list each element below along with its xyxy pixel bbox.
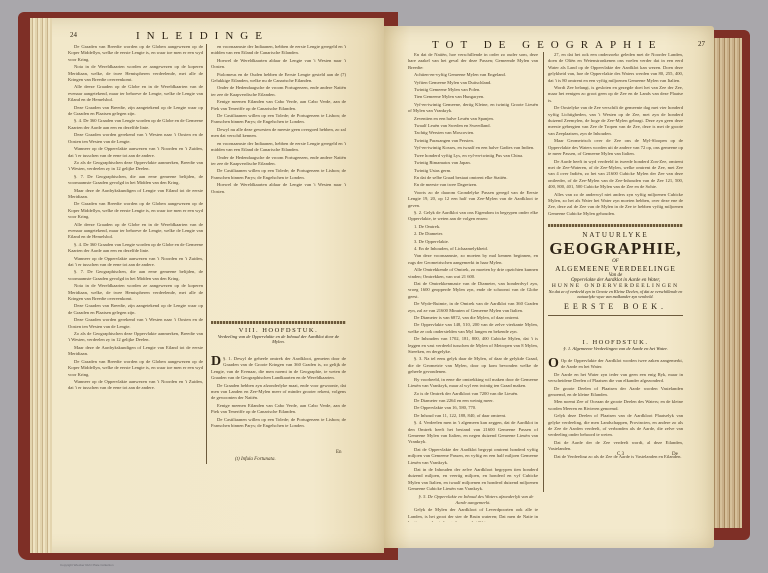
book-label: EERSTE BOEK. [548, 302, 683, 311]
list-item: En dat de selbe Graad bestaat omtrent el… [408, 175, 538, 181]
list-item: Twintig Rimamatos van Japan. [408, 160, 538, 166]
paragraph: Wordt Zee belangt, is gesloten en gezegd… [548, 85, 683, 104]
list-item: Twee honderd vyftig Lys, en vyf-en-twint… [408, 153, 538, 159]
paragraph: Maar deze de Aardrykskundigen of Lengte … [68, 188, 203, 201]
list-item: 2. De Diameter. [408, 231, 538, 237]
paragraph: Onder de Hedendaagsche de vroom Portugee… [211, 85, 346, 98]
paragraph: en voornaamste der Indiaanen, hebben de … [211, 141, 346, 154]
right-page-column-1: En dat de Natiën, hoe verschillende in o… [408, 52, 538, 522]
right-signature-mark: C 3 [617, 452, 624, 457]
paragraph: §. 4. Verdeelen men in 't algemeen kan z… [408, 420, 538, 446]
left-page-column-1: De Graaden van Breedte worden op de Glob… [68, 44, 203, 514]
paragraph: Eenige meenen Eilanden van Cabo Verde, a… [211, 99, 346, 112]
decorative-rule [548, 224, 683, 227]
paragraph: Dewyl nu alle deze gewesten de meeste ge… [211, 127, 346, 140]
paragraph: Dat de Omtrekkenmaste van de Diameter, v… [408, 281, 538, 300]
paragraph: Alle Omtrekkende of Omtrek, zo moeten by… [408, 267, 538, 280]
right-running-head: TOT DE GEOGRAPHIE [432, 39, 662, 51]
divider [548, 315, 683, 316]
paragraph: Zo als de Geographischen deze Oppervlakt… [68, 160, 203, 173]
left-page-column-2: en voornaamste der Indiaanen, hebben de … [211, 44, 346, 284]
list-item: Achtien-en-vyftig Gemeene Mylen van Enge… [408, 72, 538, 78]
paragraph: De Diameter van 2264 en een weinig meer. [408, 398, 538, 404]
paragraph: §. 7. De Geographischen, die aan eene ge… [68, 269, 203, 282]
chapter-subtitle: §. 1. Algemeene Verdeelingen van de Aard… [548, 346, 683, 351]
paragraph: §. 7. De Geographischen, die aan eene ge… [68, 174, 203, 187]
paragraph: Deze Graaden van Breedte, zijn aangeteke… [68, 303, 203, 316]
paragraph: De Graaden van Breedte worden op de Glob… [68, 44, 203, 63]
paragraph: §. 4. De 360 Graaden van Lengte worden o… [68, 118, 203, 131]
paragraph: Van deze voornaamste, zo moeten by mal k… [408, 253, 538, 266]
paragraph: §. 1. Dewyl de geheele omtrek der Aardkl… [211, 356, 346, 382]
paragraph: Maar deze de Aardrykskundigen of Lengte … [68, 345, 203, 358]
paragraph: De Oppervlakte van 148, 510, 200 van de … [408, 322, 538, 335]
left-folio: 24 [70, 31, 77, 39]
paragraph: De Graaden van Breedte worden op de Glob… [68, 201, 203, 220]
paragraph: Hoewel de Wereldkaarten aldaar de Lengte… [211, 182, 346, 195]
image-caption: Copyright Wiecker Ruhr Plate Collection [60, 563, 114, 567]
paragraph: Dat de Oppervlakte der Aardklot begrypt … [408, 447, 538, 466]
right-folio: 27 [698, 40, 705, 48]
paragraph: De Diameter is van 6872, van die Mylen, … [408, 315, 538, 321]
chapter-heading: I. HOOFDSTUK. [548, 339, 683, 346]
paragraph: Alles van zo de anderwyl niet anders zyn… [548, 192, 683, 218]
list-item: Twaalf Leuën van Sweden en Sweedland. [408, 123, 538, 129]
title-block: NATUURLYKE GEOGRAPHIE, OF ALGEMEENE VERD… [548, 231, 683, 320]
paragraph: Onder de Hedendaagsche de vroom Portugee… [211, 155, 346, 168]
title-line-natuurlyke: NATUURLYKE [548, 231, 683, 239]
paragraph: Wanneer op de Oppervlakte aanwezen van '… [68, 256, 203, 269]
paragraph: Maar Geometrisch over de Zee ons de Myl-… [548, 138, 683, 157]
left-footnote: (t) Infula Fortunata. [235, 457, 276, 462]
paragraph: Op de Oppervlakte der Aardklot worden tw… [548, 358, 683, 371]
list-item: Twintig Ustas germ. [408, 168, 538, 174]
left-page-stack [30, 18, 52, 553]
paragraph: Zo als de Geographischen deze Oppervlakt… [68, 331, 203, 344]
list-item: Tachtig Wersten van Moscovien. [408, 130, 538, 136]
paragraph: Gelyk deze Deelen of Plaatsen van de Aar… [548, 413, 683, 439]
paragraph: Alle deeze Graaden op de Globe en in de … [68, 84, 203, 103]
paragraph: Alle deeze Graaden op de Globe en in de … [68, 222, 203, 241]
drop-cap: O [548, 358, 559, 370]
list-item: Vyf-en-twintig Gemeene, dertig Kleine, e… [408, 102, 538, 115]
list-item: 4. En de Inhouden, of Lichaamelykheid. [408, 246, 538, 252]
title-line-description: Na dat ze of verdeeld zyn in Groote en K… [548, 289, 683, 299]
paragraph: De Wyde-Ruimte, in de Omtrek van de Aard… [408, 301, 538, 314]
paragraph: 27, en dat het ook een onderzoekr gelede… [548, 52, 683, 84]
paragraph: §. 4. De 360 Graaden van Lengte worden o… [68, 242, 203, 255]
paragraph: De Oostelyke van de Zee verschilt de gem… [548, 105, 683, 137]
paragraph: Deze Graaden van Breedte, zijn aangeteke… [68, 105, 203, 118]
paragraph: De Graaden van Breedte worden op de Glob… [68, 359, 203, 378]
section-heading: §. 5. De Oppervlakte en Inhoud des Water… [408, 494, 538, 507]
paragraph: Dat de Verdeeling zo als de Zee de Aarde… [548, 454, 683, 458]
paragraph: De Castiliaanen willen op een Tolede; de… [211, 168, 346, 181]
column-divider [543, 52, 544, 492]
list-item: Zeventien en een halve Leuën van Spanjen… [408, 116, 538, 122]
paragraph: Wanneer op de Oppervlakte aanwezen van '… [68, 146, 203, 159]
list-item: 1. De Omtrek. [408, 224, 538, 230]
drop-cap: D [211, 356, 221, 368]
paragraph: De Aarde en het Water zyn ieder van geen… [548, 372, 683, 385]
title-line-geographie: GEOGRAPHIE, [548, 239, 683, 259]
paragraph: De Castiliaanen willen op een Tolede; de… [211, 417, 346, 430]
chapter-subtitle: Verdeeling van de Oppervlakte en de Inho… [211, 334, 346, 344]
paragraph: Deze Graaden worden gerekend van 't West… [68, 317, 203, 330]
left-catchword: En [336, 450, 342, 455]
paragraph: De Inhoud van 11, 122, 188, 840, of daar… [408, 413, 538, 419]
paragraph: Zo is de Omtrek der Aardkloot van 7200 v… [408, 391, 538, 397]
title-line-algemeene: ALGEMEENE VERDEELINGE [548, 264, 683, 273]
column-divider [206, 44, 207, 464]
list-item: Twintig Gemeene Mylen van Polen. [408, 87, 538, 93]
list-item: Tien Gemeene Mylen van Hungaryen. [408, 94, 538, 100]
paragraph: Hoewel de Wereldkaarten aldaar de Lengte… [211, 58, 346, 71]
paragraph: De Castiliaanen willen op een Tolede; de… [211, 113, 346, 126]
right-chapter-text: O Op de Oppervlakte der Aardklot worden … [548, 358, 683, 458]
paragraph: De Graaden hebben zyn afzonderlyke maat,… [211, 383, 346, 402]
paragraph: En dat de Natiën, hoe verschillende in o… [408, 52, 538, 71]
list-item: Vyf-en-twintig Kosses, en twaalf en een … [408, 145, 538, 151]
list-item: 3. De Oppervlakte. [408, 239, 538, 245]
paragraph: Eenige meenen Eilanden van Cabo Verde, a… [211, 403, 346, 416]
left-chapter-text: D §. 1. Dewyl de geheele omtrek der Aard… [211, 356, 346, 468]
chapter-heading: VIII. HOOFDSTUK. [211, 327, 346, 334]
paragraph: De Inhouden van 1702, 181, 800, 400 Cubi… [408, 336, 538, 355]
paragraph: De groote Deelen of Plaatsen der Aarde w… [548, 386, 683, 399]
paragraph: De Aarde heeft in wyd verdeeld in tweede… [548, 159, 683, 191]
paragraph: en voornaamste der Indiaanen, hebben de … [211, 44, 346, 57]
paragraph: Men noemt Zee of Oceaan de groote Deelen… [548, 399, 683, 412]
right-catchword: De [672, 452, 678, 457]
paragraph: §. 3. Na tel eens gelyk daar de Mylen, o… [408, 356, 538, 375]
paragraph: §. 2. Gelyk de Aardklot van ons Eigendom… [408, 210, 538, 223]
list-item: En de meeste van twee Dagreizen. [408, 182, 538, 188]
paragraph: Voorts zo de daarom Grondelyke Passen ge… [408, 190, 538, 209]
right-chapter-heading-block: I. HOOFDSTUK. §. 1. Algemeene Verdeeling… [548, 339, 683, 351]
paragraph: Wanneer op de Oppervlakte aanwezen van '… [68, 379, 203, 392]
paragraph: Ptolomeus en de Ouden hebben de Eerste L… [211, 72, 346, 85]
paragraph: Nota in de Wereldkaarten worden ze aange… [68, 283, 203, 302]
left-chapter-heading-block: VIII. HOOFDSTUK. Verdeeling van de Opper… [211, 321, 346, 344]
list-item: Twintig Parasangen van Persien. [408, 138, 538, 144]
left-running-head: INLEIDINGE [136, 30, 269, 42]
paragraph: Dat in de Inhouden der zelve Aardkloot b… [408, 467, 538, 493]
decorative-rule [211, 321, 346, 324]
page-fore-edge [712, 38, 742, 528]
paragraph: By voorbeeld, in eene die omtrekking wil… [408, 377, 538, 390]
paragraph: De Oppervlakte van 16, 580, 770. [408, 405, 538, 411]
paragraph: Nota in de Wereldkaarten worden ze aange… [68, 64, 203, 83]
list-item: Vyftien Gemeene Mylen van Duitschland. [408, 80, 538, 86]
paragraph: Dat de Aarde der de Zee verdeelt wordt, … [548, 440, 683, 453]
paragraph: Deze Graaden worden gerekend van 't West… [68, 132, 203, 145]
paragraph: Gelyk de Mylen der Aardkloot of Leverdpo… [408, 507, 538, 522]
right-page-column-2: 27, en dat het ook een onderzoekr gelede… [548, 52, 683, 222]
